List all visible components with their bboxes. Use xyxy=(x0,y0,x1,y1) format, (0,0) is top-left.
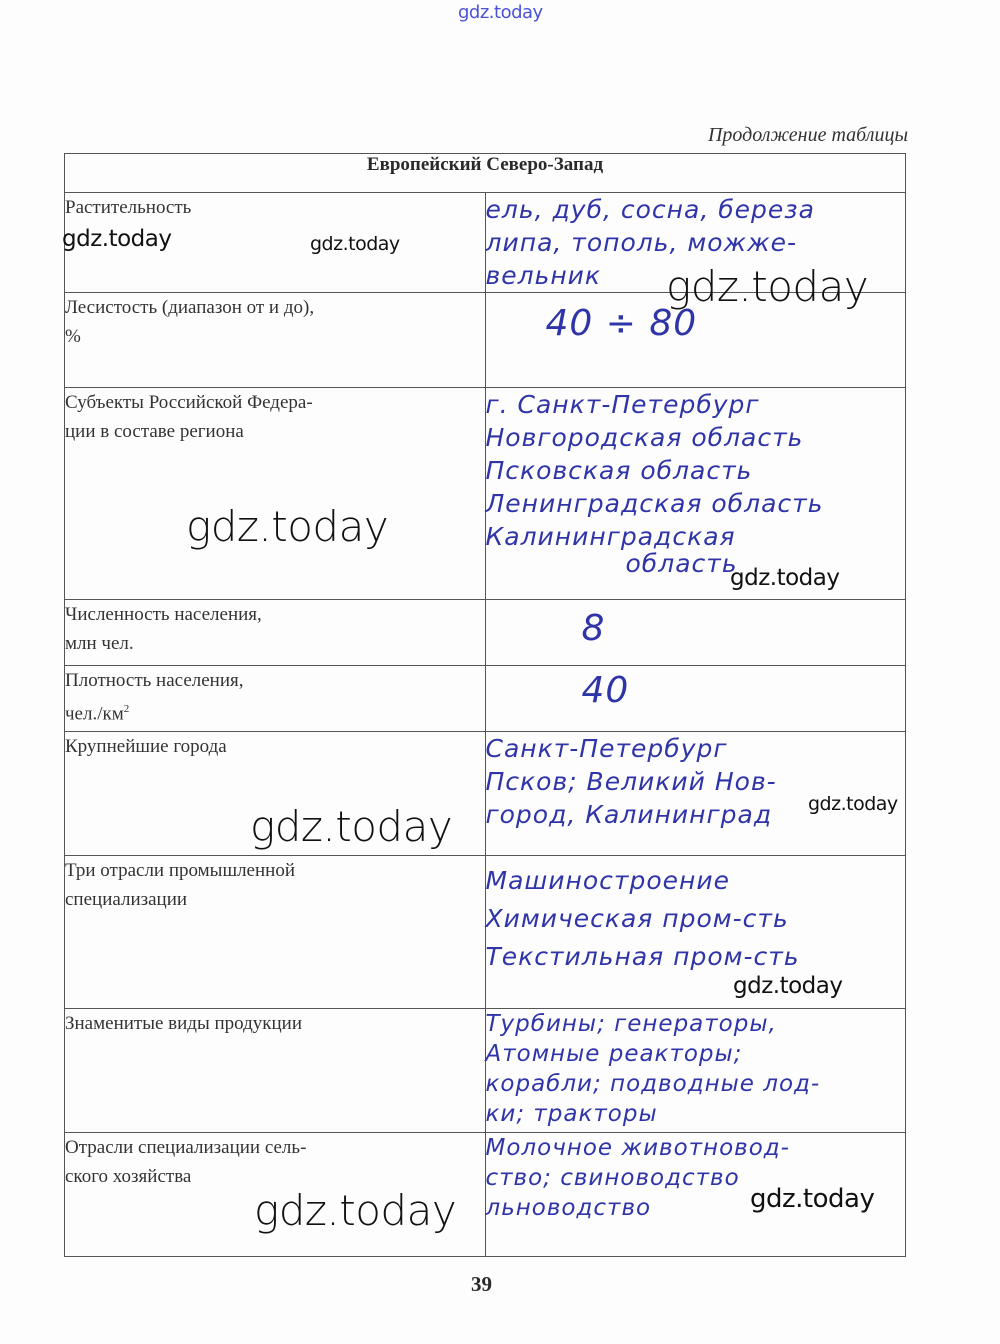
watermark-top: gdz.today xyxy=(458,2,543,23)
answer-field[interactable]: Молочное животновод- ство; свиноводство … xyxy=(485,1133,906,1257)
table-continuation-caption: Продолжение таблицы xyxy=(708,124,908,147)
row-label: Лесистость (диапазон от и до),% xyxy=(65,293,486,388)
answer-field[interactable]: 40 xyxy=(485,666,906,732)
row-label: Численность населения,млн чел. xyxy=(65,600,486,666)
table-row-vegetation: Растительность ель, дуб, сосна, береза л… xyxy=(65,193,906,293)
table-row-agriculture: Отрасли специализации сель-ского хозяйст… xyxy=(65,1133,906,1257)
table-row-population: Численность населения,млн чел. 8 xyxy=(65,600,906,666)
row-label: Крупнейшие города xyxy=(65,732,486,856)
region-title: Европейский Северо-Запад xyxy=(65,154,906,193)
row-label: Отрасли специализации сель-ского хозяйст… xyxy=(65,1133,486,1257)
answer-field[interactable]: ель, дуб, сосна, береза липа, тополь, мо… xyxy=(485,193,906,293)
answer-field[interactable]: 8 xyxy=(485,600,906,666)
table-row-density: Плотность населения,чел./км2 40 xyxy=(65,666,906,732)
answer-field[interactable]: Турбины; генераторы, Атомные реакторы; к… xyxy=(485,1009,906,1133)
row-label: Субъекты Российской Федера-ции в составе… xyxy=(65,388,486,600)
row-label: Три отрасли промышленнойспециализации xyxy=(65,856,486,1009)
row-label: Знаменитые виды продукции xyxy=(65,1009,486,1133)
table-row-industry: Три отрасли промышленнойспециализации Ма… xyxy=(65,856,906,1009)
table-row-famous-products: Знаменитые виды продукции Турбины; генер… xyxy=(65,1009,906,1133)
answer-field[interactable]: Санкт-Петербург Псков; Великий Нов- горо… xyxy=(485,732,906,856)
row-label: Плотность населения,чел./км2 xyxy=(65,666,486,732)
row-label: Растительность xyxy=(65,193,486,293)
table-row-federal-subjects: Субъекты Российской Федера-ции в составе… xyxy=(65,388,906,600)
page-number: 39 xyxy=(471,1272,492,1297)
answer-field[interactable]: 40 ÷ 80 xyxy=(485,293,906,388)
table-row-forest-cover: Лесистость (диапазон от и до),% 40 ÷ 80 xyxy=(65,293,906,388)
table-row-largest-cities: Крупнейшие города Санкт-Петербург Псков;… xyxy=(65,732,906,856)
answer-field[interactable]: Машиностроение Химическая пром-сть Текст… xyxy=(485,856,906,1009)
answer-field[interactable]: г. Санкт-Петербург Новгородская область … xyxy=(485,388,906,600)
region-worksheet-table: Европейский Северо-Запад Растительность … xyxy=(64,153,906,1257)
